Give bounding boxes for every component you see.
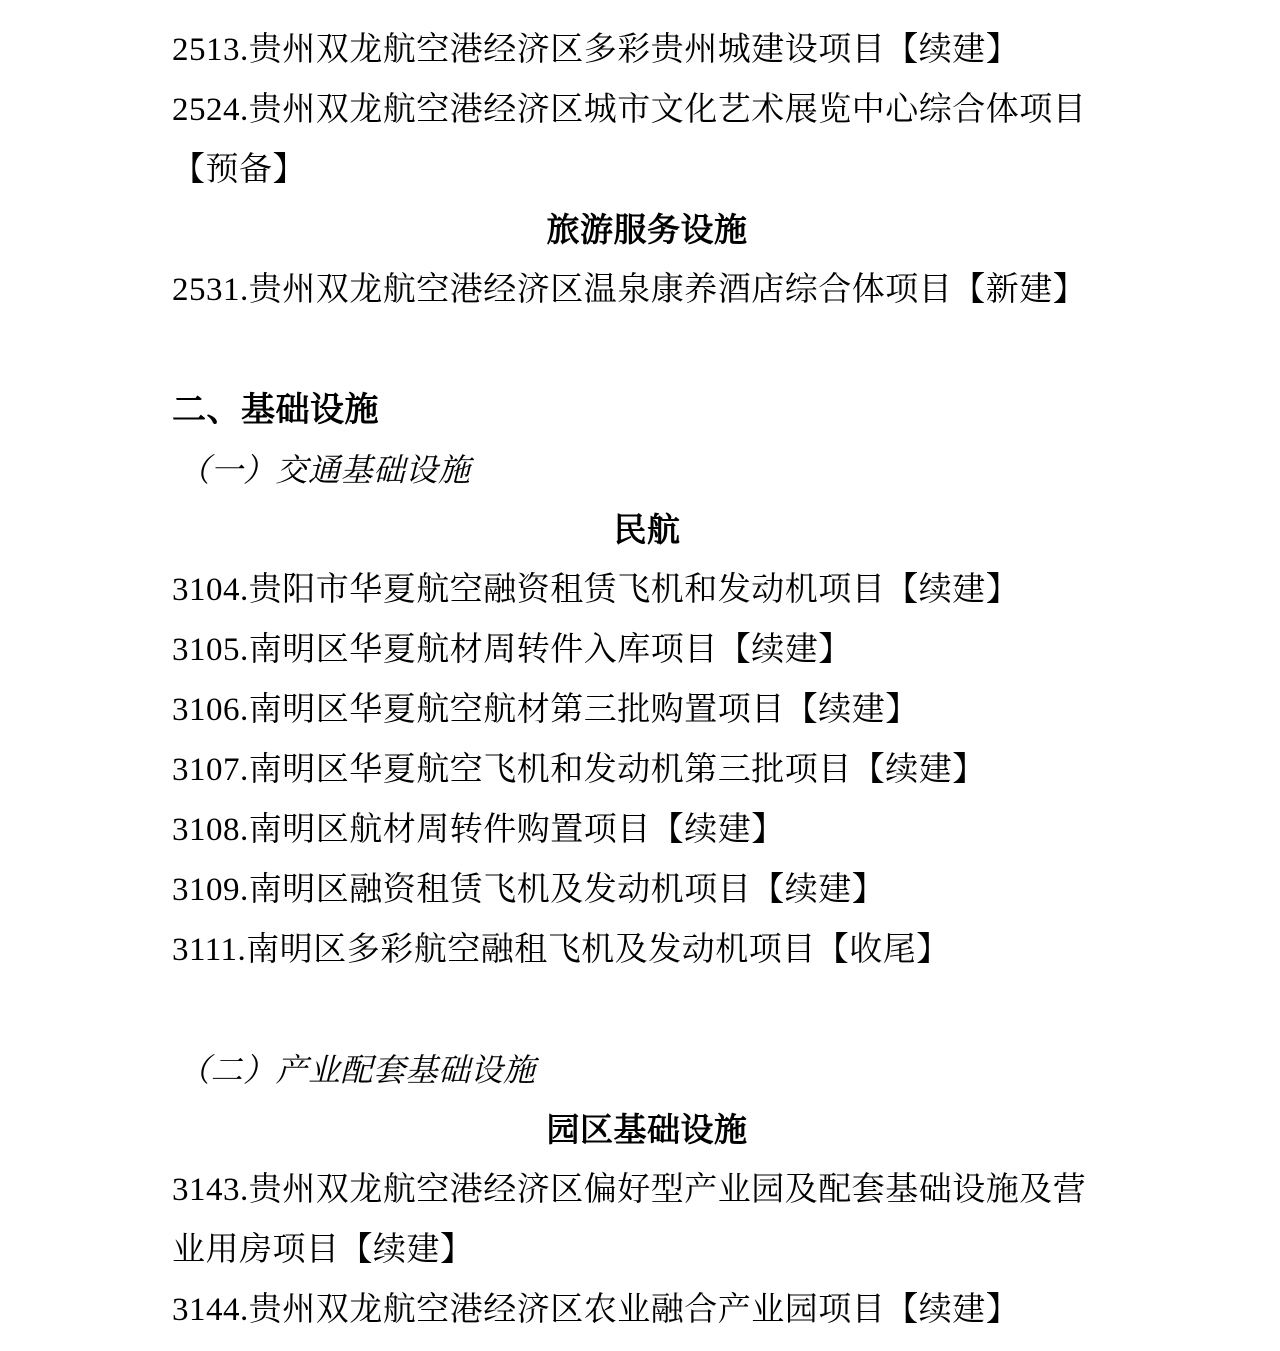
subsection-heading-transport-infrastructure: （一）交通基础设施 <box>0 440 1280 500</box>
project-item-3108: 3108.南明区航材周转件购置项目【续建】 <box>0 800 1280 860</box>
project-item-3143: 3143.贵州双龙航空港经济区偏好型产业园及配套基础设施及营 <box>0 1160 1280 1220</box>
project-item-2513: 2513.贵州双龙航空港经济区多彩贵州城建设项目【续建】 <box>0 20 1280 80</box>
blank-line <box>0 980 1280 1040</box>
project-item-3105: 3105.南明区华夏航材周转件入库项目【续建】 <box>0 620 1280 680</box>
project-item-3104: 3104.贵阳市华夏航空融资租赁飞机和发动机项目【续建】 <box>0 560 1280 620</box>
project-item-3143-continuation: 业用房项目【续建】 <box>0 1220 1280 1280</box>
category-header-tourism-service-facilities: 旅游服务设施 <box>0 200 1280 260</box>
project-item-3106: 3106.南明区华夏航空航材第三批购置项目【续建】 <box>0 680 1280 740</box>
section-heading-infrastructure: 二、基础设施 <box>0 380 1280 440</box>
project-item-3109: 3109.南明区融资租赁飞机及发动机项目【续建】 <box>0 860 1280 920</box>
project-item-3107: 3107.南明区华夏航空飞机和发动机第三批项目【续建】 <box>0 740 1280 800</box>
blank-line <box>0 320 1280 380</box>
project-item-2524-continuation: 【预备】 <box>0 140 1280 200</box>
project-item-2524: 2524.贵州双龙航空港经济区城市文化艺术展览中心综合体项目 <box>0 80 1280 140</box>
project-item-3144: 3144.贵州双龙航空港经济区农业融合产业园项目【续建】 <box>0 1280 1280 1340</box>
project-item-2531: 2531.贵州双龙航空港经济区温泉康养酒店综合体项目【新建】 <box>0 260 1280 320</box>
category-header-civil-aviation: 民航 <box>0 500 1280 560</box>
category-header-park-infrastructure: 园区基础设施 <box>0 1100 1280 1160</box>
subsection-heading-industry-support-infrastructure: （二）产业配套基础设施 <box>0 1040 1280 1100</box>
document-page: 2513.贵州双龙航空港经济区多彩贵州城建设项目【续建】 2524.贵州双龙航空… <box>0 0 1280 1351</box>
project-item-3111: 3111.南明区多彩航空融租飞机及发动机项目【收尾】 <box>0 920 1280 980</box>
